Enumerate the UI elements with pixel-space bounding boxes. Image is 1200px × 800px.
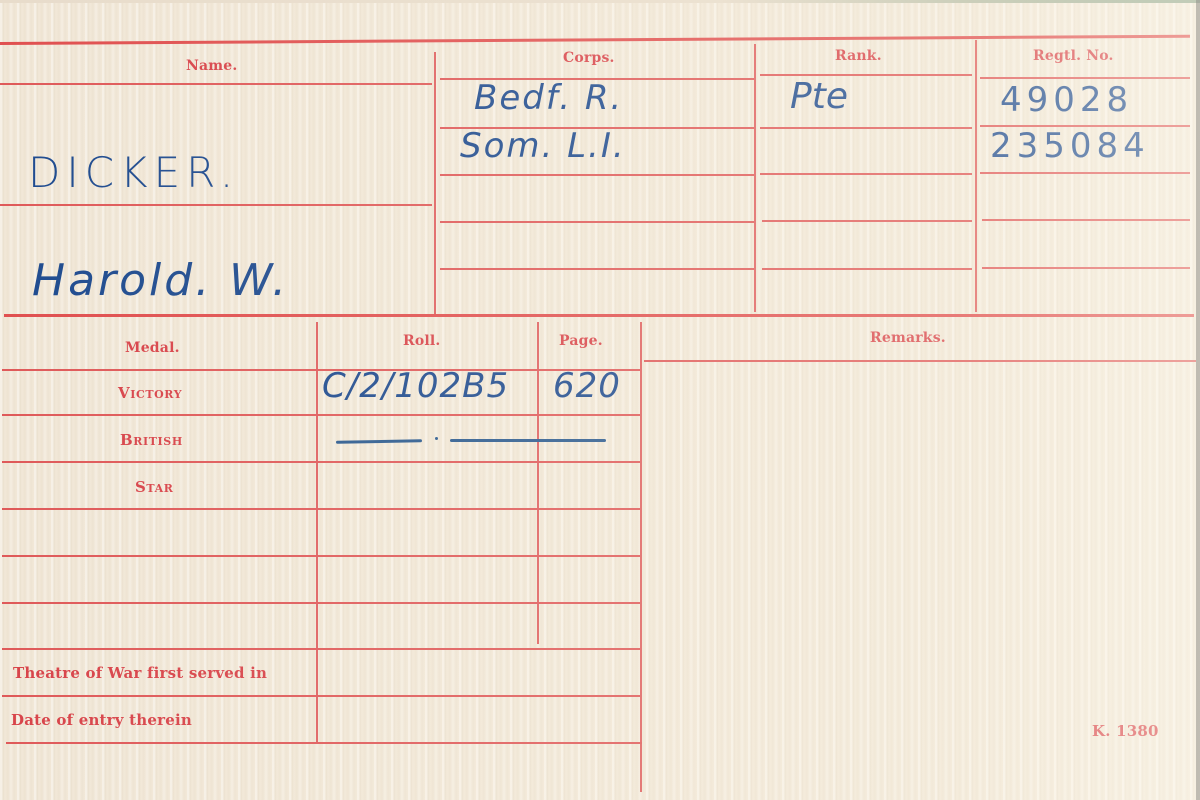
corps-row-rule-4 <box>440 268 755 270</box>
name-header-rule <box>0 83 432 85</box>
regtl-row-rule-4 <box>982 267 1190 269</box>
remarks-header: Remarks. <box>870 330 946 346</box>
rank-row-rule-1 <box>760 127 972 129</box>
regtl-row-rule-3 <box>982 219 1190 221</box>
corps-header: Corps. <box>563 50 615 66</box>
medal-header-rule <box>2 369 640 371</box>
theatre-value-field <box>322 650 636 694</box>
british-ditto-dot <box>435 437 438 440</box>
medal-row-rule-2 <box>2 461 640 463</box>
regtl-number-2: 235084 <box>990 126 1150 166</box>
roll-header: Roll. <box>403 333 440 349</box>
remarks-header-rule <box>644 360 1196 362</box>
rank-row-rule-4 <box>762 268 972 270</box>
top-border-rule <box>0 35 1190 45</box>
rank-header: Rank. <box>835 48 882 64</box>
corps-rank-divider <box>754 44 756 312</box>
rank-entry: Pte <box>790 76 848 117</box>
corps-entry-1: Bedf. R. <box>474 78 623 118</box>
regtl-row-rule-2 <box>980 172 1190 174</box>
british-ditto-stroke-left <box>336 439 422 444</box>
medal-roll-divider <box>316 322 318 744</box>
victory-roll-entry: C/2/102B5 <box>322 366 509 406</box>
medal-row-rule-3 <box>2 508 640 510</box>
regtl-header-rule <box>980 77 1190 79</box>
date-of-entry-value-field <box>322 698 636 740</box>
medal-label-british: British <box>120 431 183 449</box>
remarks-field <box>646 366 1194 786</box>
card-top-edge <box>0 0 1200 3</box>
corps-row-rule-3 <box>440 221 755 223</box>
page-remarks-divider <box>640 322 642 792</box>
medal-index-card: Name. Corps. Rank. Regtl. No. Medal. Rol… <box>0 0 1200 800</box>
regtl-no-header: Regtl. No. <box>1033 48 1114 64</box>
medal-label-star: Star <box>135 478 174 496</box>
regtl-number-1: 49028 <box>1000 80 1133 120</box>
medal-row-rule-1 <box>2 414 640 416</box>
forename-entry: Harold. W. <box>32 255 289 306</box>
corps-entry-2: Som. L.I. <box>460 126 626 166</box>
section-divider-rule <box>4 314 1194 317</box>
rank-row-rule-2 <box>760 173 972 175</box>
theatre-label: Theatre of War first served in <box>13 664 267 682</box>
name-row-rule <box>0 204 432 206</box>
card-right-edge <box>1196 0 1200 800</box>
rank-row-rule-3 <box>762 220 972 222</box>
name-header: Name. <box>186 58 237 74</box>
medal-row-rule-4 <box>2 555 640 557</box>
name-corps-divider <box>434 52 436 314</box>
surname-entry: DICKER. <box>28 148 239 197</box>
bottom-table-rule <box>6 742 642 744</box>
theatre-row-rule <box>2 695 640 697</box>
british-ditto-stroke-right <box>450 439 606 442</box>
medal-header: Medal. <box>125 340 180 356</box>
medal-row-rule-5 <box>2 602 640 604</box>
rank-regtl-divider <box>975 40 977 312</box>
page-header: Page. <box>559 333 603 349</box>
date-of-entry-label: Date of entry therein <box>11 711 192 729</box>
medal-label-victory: Victory <box>118 384 182 402</box>
victory-page-entry: 620 <box>553 366 621 406</box>
corps-row-rule-2 <box>440 174 755 176</box>
